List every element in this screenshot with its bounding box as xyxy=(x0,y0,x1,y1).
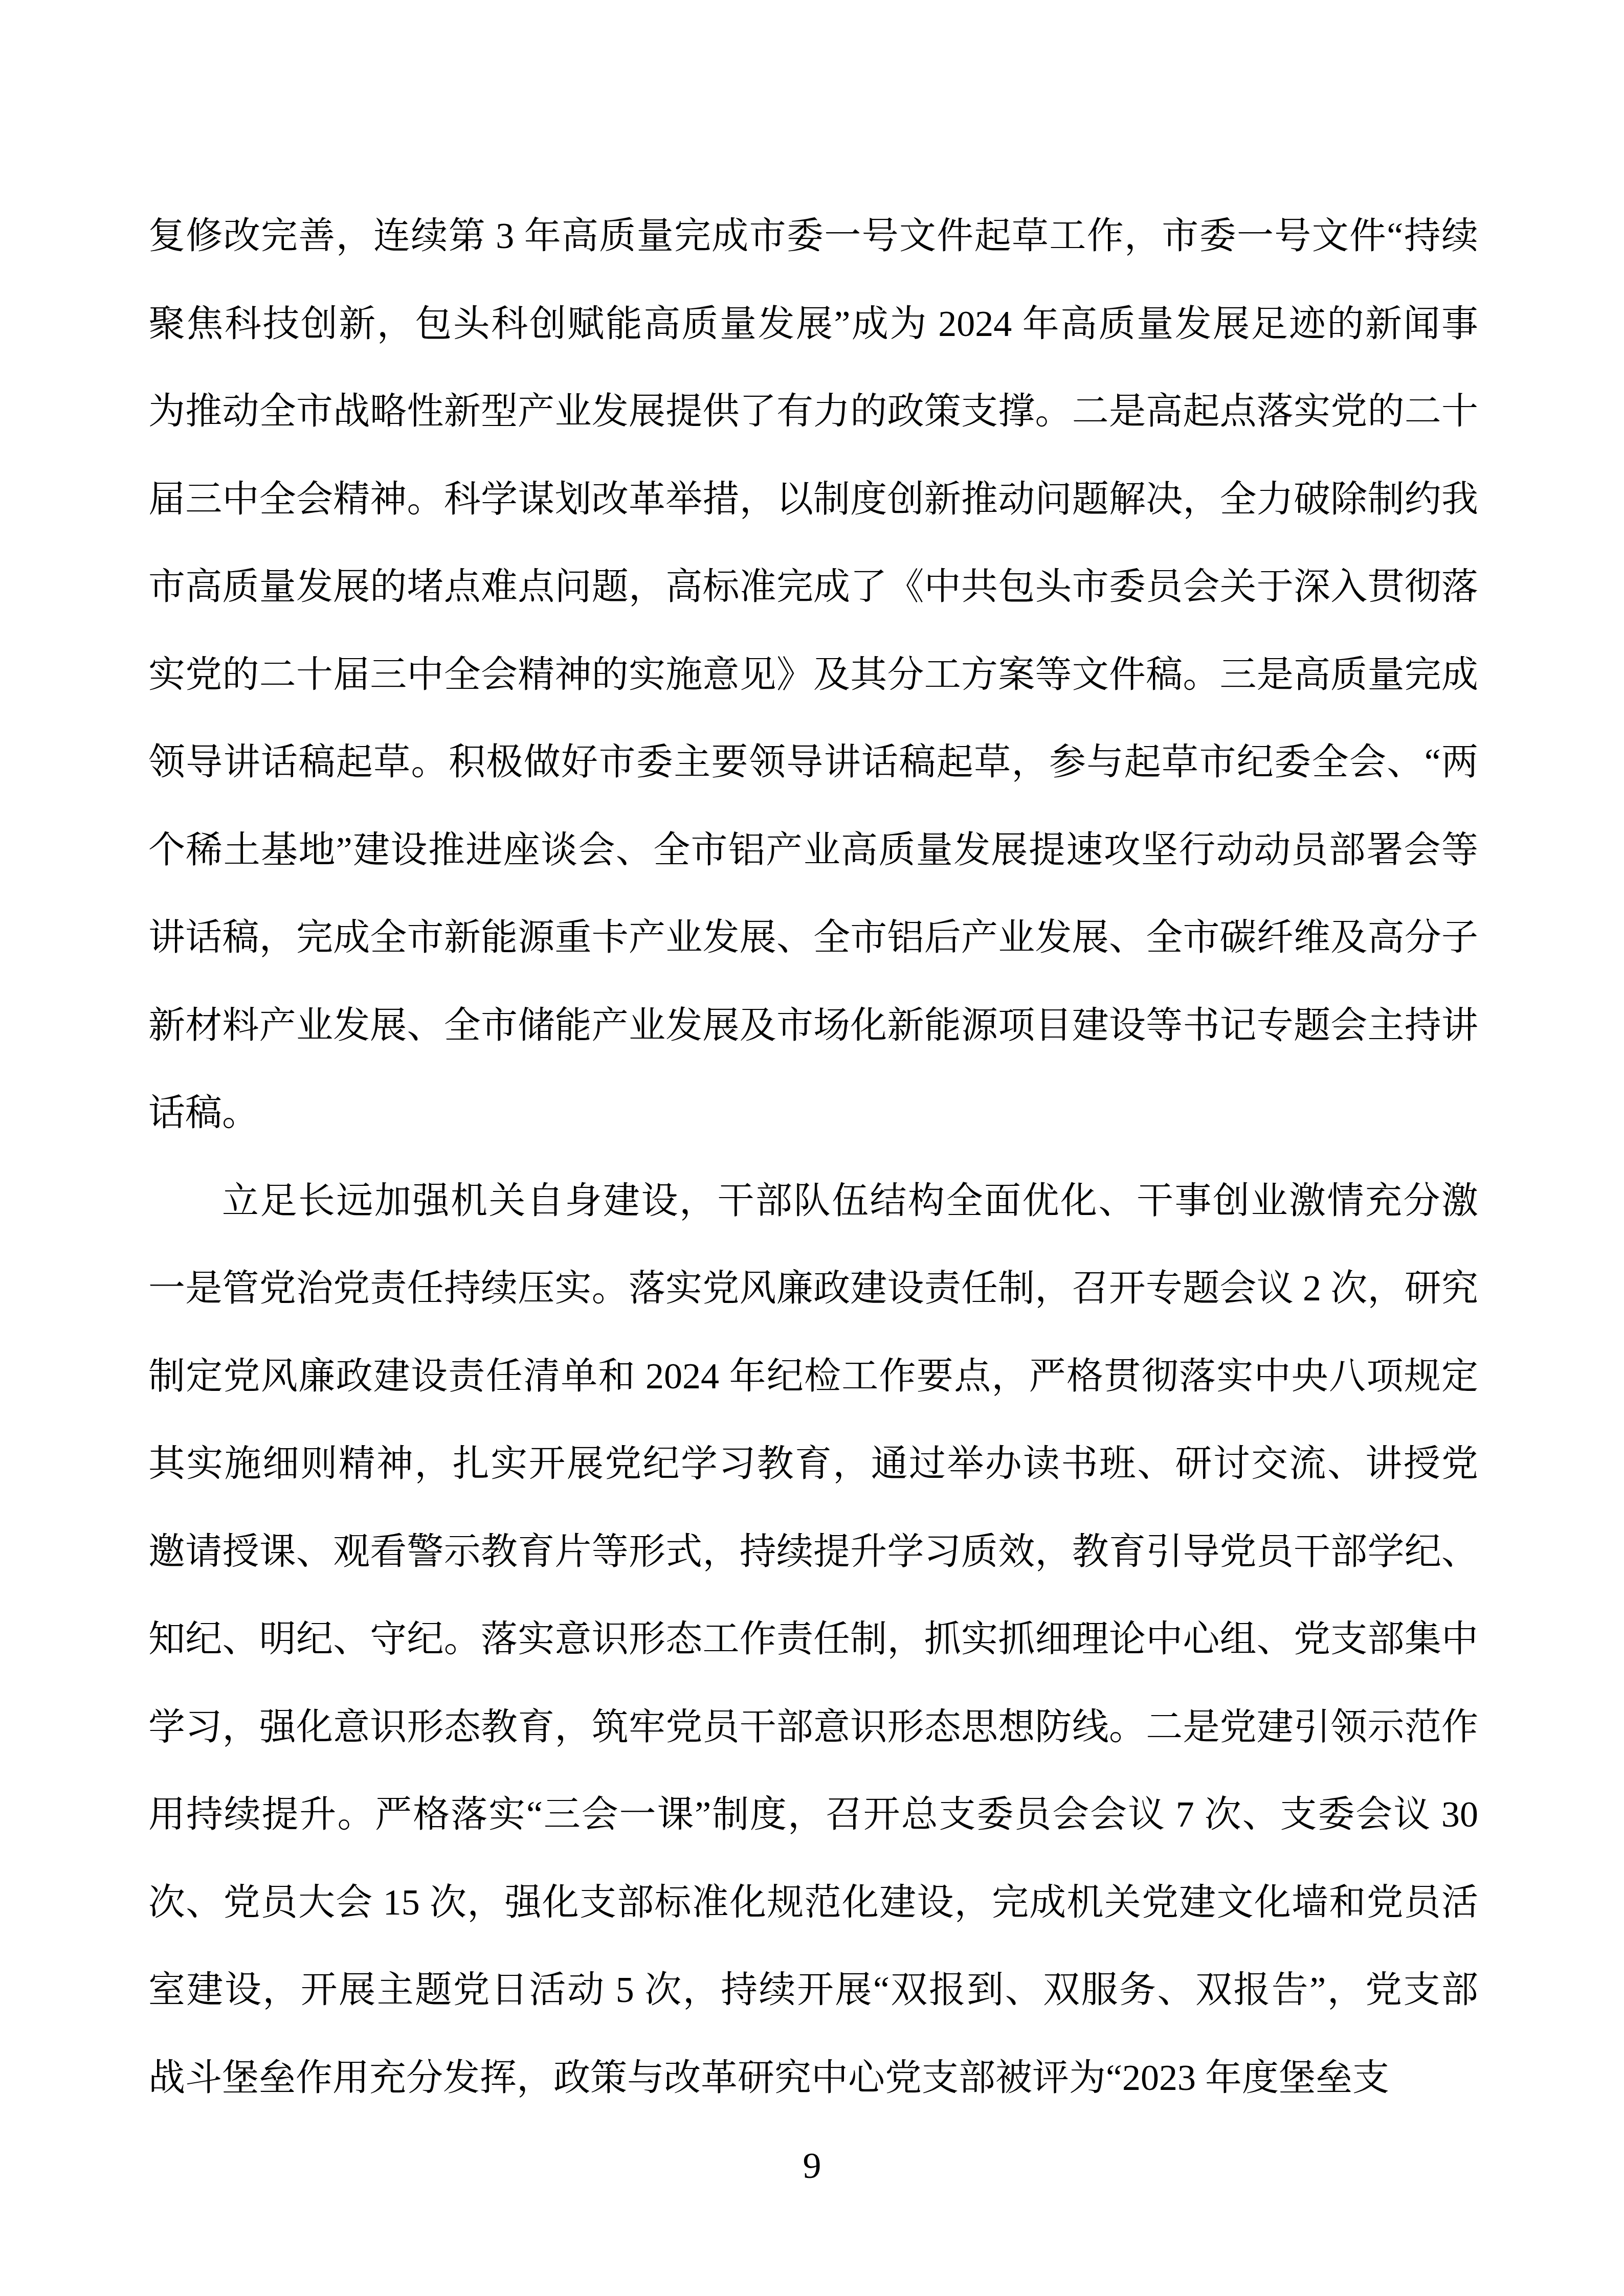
body-text-line: 一是管党治党责任持续压实。落实党风廉政建设责任制，召开专题会议 2 次，研究 xyxy=(148,1245,1478,1333)
body-text-line: 室建设，开展主题党日活动 5 次，持续开展“双报到、双服务、双报告”，党支部 xyxy=(148,1946,1478,2034)
body-text-line: 新材料产业发展、全市储能产业发展及市场化新能源项目建设等书记专题会主持讲 xyxy=(148,982,1478,1070)
body-text-line: 次、党员大会 15 次，强化支部标准化规范化建设，完成机关党建文化墙和党员活动 xyxy=(148,1859,1478,1947)
body-text-line: 复修改完善，连续第 3 年高质量完成市委一号文件起草工作，市委一号文件“持续 xyxy=(148,192,1478,280)
body-text-line: 邀请授课、观看警示教育片等形式，持续提升学习质效，教育引导党员干部学纪、 xyxy=(148,1508,1478,1596)
body-text-line: 讲话稿，完成全市新能源重卡产业发展、全市铝后产业发展、全市碳纤维及高分子 xyxy=(148,894,1478,982)
body-text-line: 用持续提升。严格落实“三会一课”制度，召开总支委员会会议 7 次、支委会议 30 xyxy=(148,1771,1478,1859)
body-text-line: 其实施细则精神，扎实开展党纪学习教育，通过举办读书班、研讨交流、讲授党课、 xyxy=(148,1420,1478,1508)
body-text-line: 话稿。 xyxy=(148,1069,1478,1157)
document-page: 复修改完善，连续第 3 年高质量完成市委一号文件起草工作，市委一号文件“持续聚焦… xyxy=(0,0,1624,2296)
body-text-line: 战斗堡垒作用充分发挥，政策与改革研究中心党支部被评为“2023 年度堡垒支 xyxy=(148,2034,1478,2122)
body-text-line: 为推动全市战略性新型产业发展提供了有力的政策支撑。二是高起点落实党的二十 xyxy=(148,368,1478,456)
body-text-line: 制定党风廉政建设责任清单和 2024 年纪检工作要点，严格贯彻落实中央八项规定及 xyxy=(148,1333,1478,1421)
page-number: 9 xyxy=(803,2145,821,2186)
body-text-line: 知纪、明纪、守纪。落实意识形态工作责任制，抓实抓细理论中心组、党支部集中 xyxy=(148,1595,1478,1683)
body-text-line: 个稀土基地”建设推进座谈会、全市铝产业高质量发展提速攻坚行动动员部署会等 xyxy=(148,806,1478,894)
body-text-line: 实党的二十届三中全会精神的实施意见》及其分工方案等文件稿。三是高质量完成 xyxy=(148,631,1478,719)
body-text-line: 学习，强化意识形态教育，筑牢党员干部意识形态思想防线。二是党建引领示范作 xyxy=(148,1683,1478,1771)
body-text-line: 市高质量发展的堵点难点问题，高标准完成了《中共包头市委员会关于深入贯彻落 xyxy=(148,543,1478,631)
document-body: 复修改完善，连续第 3 年高质量完成市委一号文件起草工作，市委一号文件“持续聚焦… xyxy=(148,192,1478,2122)
page-footer: 9 xyxy=(0,2122,1624,2209)
body-text-line: 立足长远加强机关自身建设，干部队伍结构全面优化、干事创业激情充分激发。 xyxy=(148,1157,1478,1245)
body-text-line: 届三中全会精神。科学谋划改革举措，以制度创新推动问题解决，全力破除制约我 xyxy=(148,456,1478,544)
body-text-line: 聚焦科技创新，包头科创赋能高质量发展”成为 2024 年高质量发展足迹的新闻事件… xyxy=(148,280,1478,368)
body-text-line: 领导讲话稿起草。积极做好市委主要领导讲话稿起草，参与起草市纪委全会、“两 xyxy=(148,718,1478,806)
